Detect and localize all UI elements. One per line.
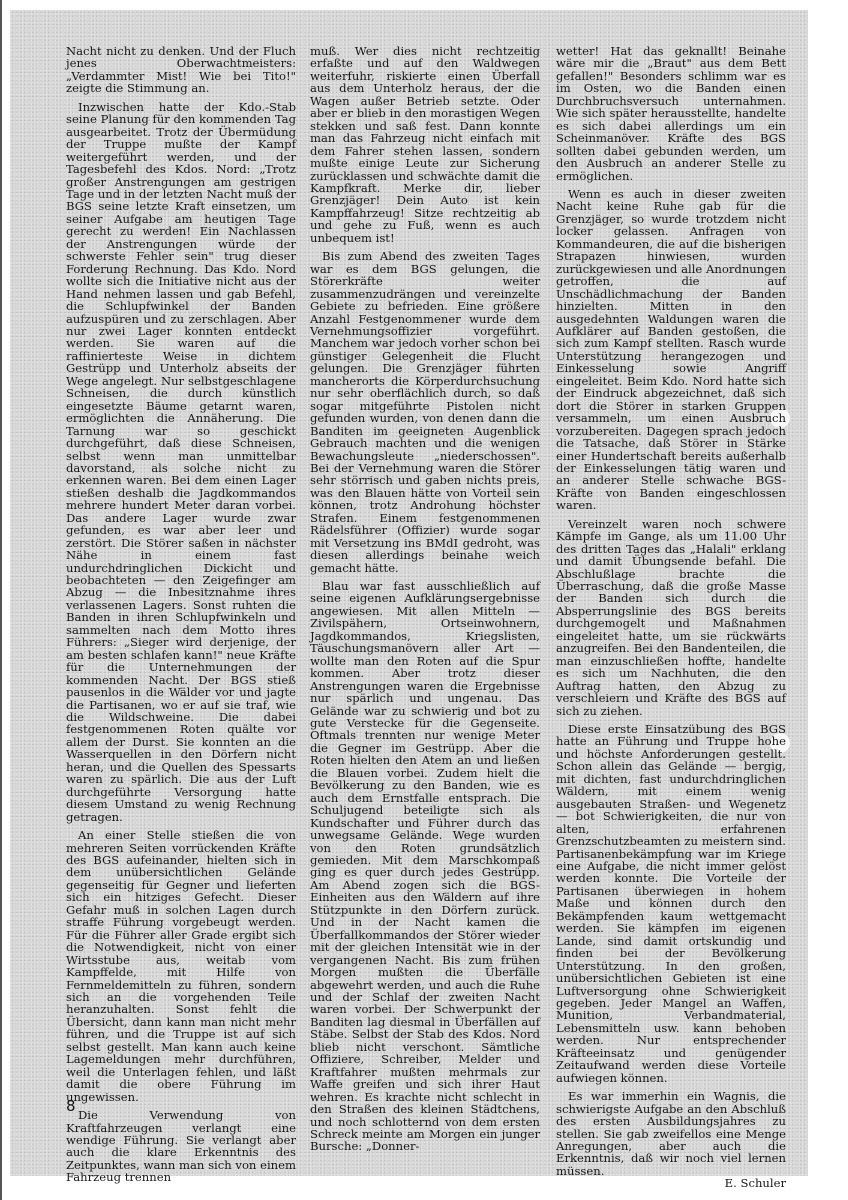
page-number: 8 (66, 1097, 76, 1115)
paragraph: Vereinzelt waren noch schwere Kämpfe im … (556, 518, 786, 717)
paragraph: Wenn es auch in dieser zweiten Nacht kei… (556, 188, 786, 512)
paragraph: An einer Stelle stießen die von mehreren… (66, 829, 296, 1103)
column-right: wetter! Hat das geknallt! Beinahe wäre m… (556, 45, 786, 1190)
paragraph: Blau war fast ausschließlich auf seine e… (310, 580, 540, 1153)
paragraph: Diese erste Einsatzübung des BGS hatte a… (556, 723, 786, 1084)
paragraph: Bis zum Abend des zweiten Tages war es d… (310, 250, 540, 574)
paragraph: muß. Wer dies nicht rechtzeitig erfaßte … (310, 45, 540, 244)
author-signature: E. Schuler (556, 1177, 786, 1189)
paragraph: Inzwischen hatte der Kdo.-Stab seine Pla… (66, 101, 296, 823)
paragraph: wetter! Hat das geknallt! Beinahe wäre m… (556, 45, 786, 182)
scan-edge (0, 0, 2, 1200)
column-left: Nacht nicht zu denken. Und der Fluch jen… (66, 45, 296, 1184)
paragraph: Nacht nicht zu denken. Und der Fluch jen… (66, 45, 296, 95)
paragraph: Es war immerhin ein Wagnis, die schwieri… (556, 1090, 786, 1177)
paragraph: Die Verwendung von Kraftfahrzeugen verla… (66, 1109, 296, 1184)
column-middle: muß. Wer dies nicht rechtzeitig erfaßte … (310, 45, 540, 1153)
